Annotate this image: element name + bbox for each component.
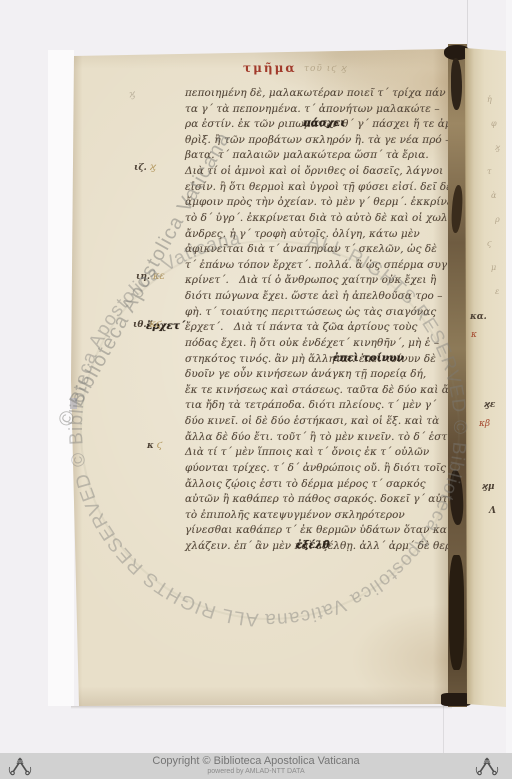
gutter-stain: [449, 555, 464, 670]
vatican-library-emblem-icon: [8, 756, 32, 777]
manuscript-line: ἄνδρες. ἡ γ΄ τροφὴ αὐτοῖς. ὀλίγη, κάτω μ…: [185, 227, 420, 241]
manuscript-line: εἰσίν. ἢ ὅτι θερμοὶ καὶ ὑγροὶ τῇ φύσει ε…: [185, 180, 452, 194]
facing-page-fragment: [465, 47, 506, 707]
page-bottom-shadow: [71, 706, 452, 709]
background-seam-line-top: [467, 0, 468, 50]
page-title-rubric: τμῆμα: [243, 61, 297, 75]
background-right-strip: [506, 0, 512, 779]
footer-bar: Copyright © Biblioteca Apostolica Vatica…: [0, 753, 512, 779]
manuscript-line: Διὰ τί οἱ ἀμνοὶ καὶ οἱ ὄρνιθες οἱ δασεῖς…: [185, 164, 443, 178]
manuscript-line: ἄμφοιν πρὸς τὴν ὀχείαν. τὸ μὲν γ΄ θερμ΄.…: [185, 195, 460, 209]
manuscript-line: πεποιημένη δὲ, μαλακωτέραν ποιεῖ τ΄ τρίχ…: [185, 86, 446, 100]
background-seam-line-bottom: [443, 706, 444, 753]
ink-smudge: ϗ: [128, 88, 136, 100]
manuscript-line: τὸ δ΄ ὑγρ΄. ἐκκρίνεται διὰ τὸ αὐτὸ δὲ κα…: [185, 211, 458, 225]
footer-copyright-text: Copyright © Biblioteca Apostolica Vatica…: [0, 755, 512, 767]
backing-board-strip: [48, 50, 74, 706]
manuscript-scan-view: τμῆμα τοῦ ιϛ ϗ ϗ πεποιημένη δὲ, μαλακωτέ…: [0, 0, 512, 779]
page-title-ghost-text: τοῦ ιϛ ϗ: [304, 64, 348, 74]
vatican-library-emblem-icon: [475, 756, 499, 777]
gutter-stain: [441, 693, 471, 706]
footer-powered-by-text: powered by AMLAD-NTT DATA: [0, 768, 512, 775]
